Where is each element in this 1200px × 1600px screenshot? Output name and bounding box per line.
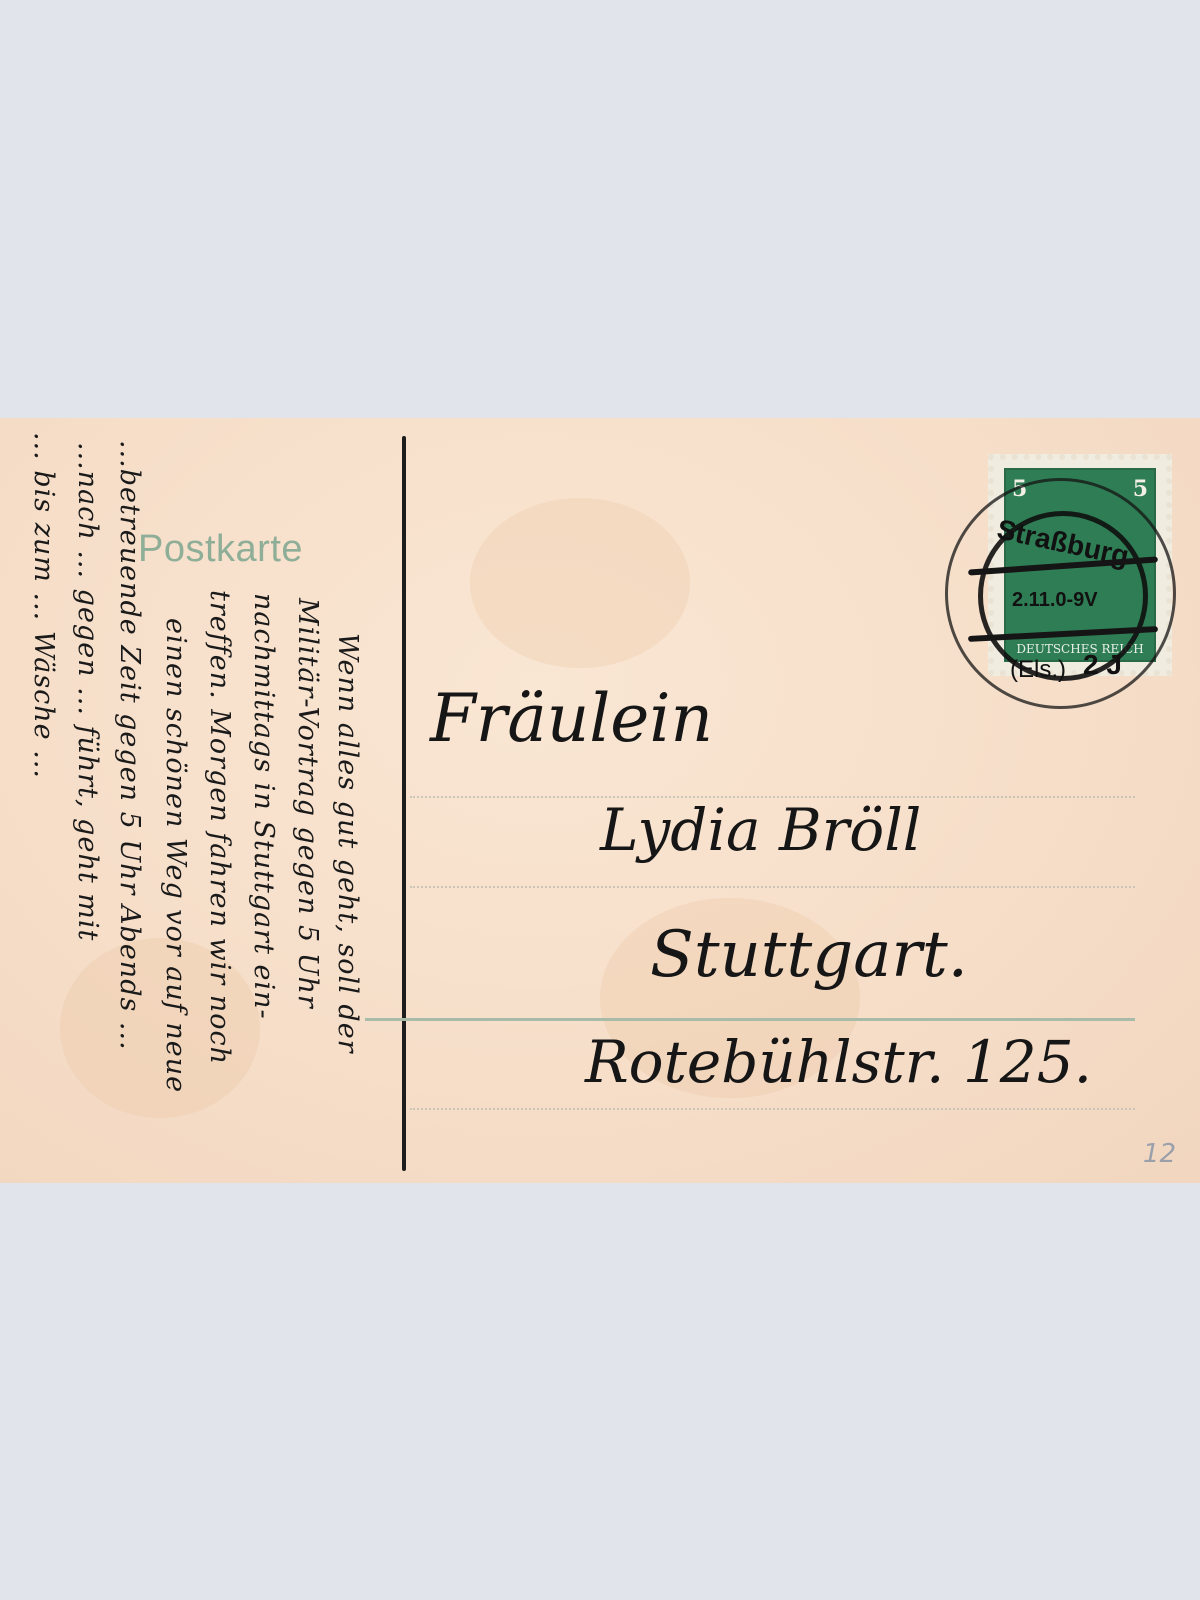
message-line: Militär-Vortrag gegen 5 Uhr (292, 598, 323, 1009)
paper-stain (470, 498, 690, 668)
address-name: Lydia Bröll (600, 796, 921, 864)
postmark-date: 2.11.0-9V (1012, 589, 1098, 612)
address-rule (410, 1108, 1135, 1110)
vertical-divider (402, 436, 406, 1171)
address-street: Rotebühlstr. 125. (585, 1028, 1092, 1096)
stamp-value-right: 5 (1133, 476, 1148, 502)
message-line: ...nach ... gegen ... führt, geht mit (72, 442, 103, 941)
postmark-region: (Els.) (1010, 656, 1066, 684)
address-salutation: Fräulein (430, 680, 713, 757)
address-rule-solid (365, 1018, 1135, 1021)
message-line: ... bis zum ... Wäsche ... (28, 432, 59, 779)
archive-number: 12 (1143, 1139, 1176, 1169)
message-line: Wenn alles gut geht, soll der (332, 633, 363, 1054)
handwritten-message: Wenn alles gut geht, soll der Militär-Vo… (10, 428, 370, 1158)
message-line: treffen. Morgen fahren wir noch (204, 590, 235, 1065)
address-city: Stuttgart. (650, 918, 968, 992)
message-line: nachmittags in Stuttgart ein- (248, 593, 279, 1020)
message-line: ...betreuende Zeit gegen 5 Uhr Abends ..… (114, 440, 145, 1051)
message-line: einen schönen Weg vor auf neue (160, 618, 191, 1093)
postmark-code: 2 J (1083, 649, 1122, 681)
address-rule (410, 886, 1135, 888)
postmark: Straßburg 2.11.0-9V (Els.) 2 J (945, 478, 1176, 709)
postcard: Postkarte Wenn alles gut geht, soll der … (0, 418, 1200, 1183)
